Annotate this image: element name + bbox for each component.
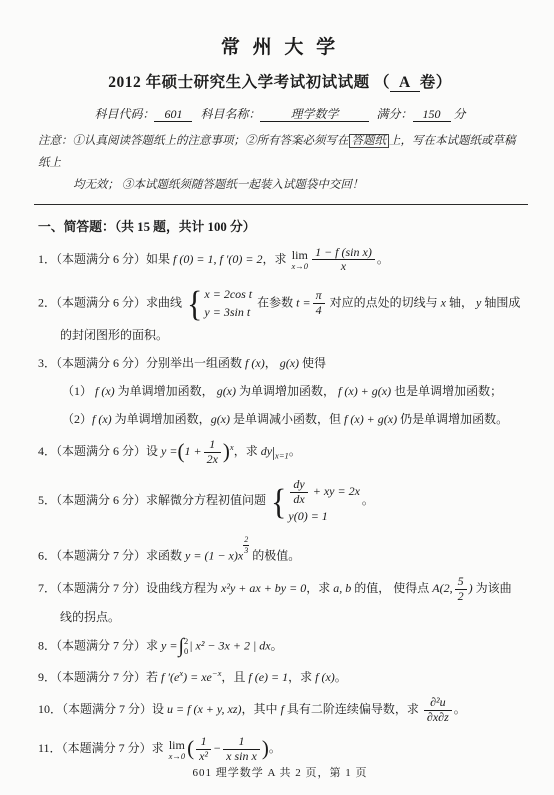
question-3-tail: 使得	[299, 356, 326, 370]
question-7-continuation: 线的拐点。	[60, 608, 522, 625]
gx: g(x)	[280, 356, 299, 370]
question-7-lead: （本题满分 7 分）设曲线方程为	[56, 581, 221, 595]
fraction-numerator: dy	[290, 478, 307, 493]
question-7: 7．（本题满分 7 分）设曲线方程为 x²y + ax + by = 0，求 a…	[38, 575, 522, 604]
subject-name-label: 科目名称：	[200, 107, 260, 121]
subject-code-label: 科目代码：	[94, 107, 154, 121]
evaluation-point: x=1	[275, 451, 289, 461]
fraction-denominator: dx	[290, 493, 307, 507]
question-2-mid4: 轴围成	[481, 295, 520, 309]
fraction-denominator: x sin x	[223, 750, 260, 764]
item-label: （2）	[62, 412, 92, 426]
question-1-lead: （本题满分 6 分）如果	[56, 252, 173, 266]
limit-subscript: x→0	[292, 262, 309, 271]
parametric-equations: {x = 2cos ty = 3sin t	[187, 285, 252, 322]
notice-label: 注意：	[38, 135, 73, 147]
question-11-number: 11．	[38, 741, 62, 755]
dy: dy	[261, 444, 272, 458]
question-8-number: 8．	[38, 638, 56, 652]
ode-row: dydx + xy = 2x	[288, 478, 360, 507]
question-5-lead: （本题满分 6 分）求解微分方程初值问题	[56, 493, 269, 507]
text: 为单调增加函数，	[115, 384, 217, 398]
curve-equation: x²y + ax + by = 0	[221, 581, 306, 595]
section-title: 一、简答题：（共 15 题，共计 100 分）	[38, 216, 522, 235]
fraction-numerator: π	[313, 289, 325, 304]
integrand: | x² − 3x + 2 | dx	[189, 638, 270, 652]
fraction-1: 1x²	[196, 735, 211, 764]
question-1-number: 1．	[38, 252, 56, 266]
question-2-mid2: 对应的点处的切线与	[327, 295, 441, 309]
question-4-number: 4．	[38, 444, 56, 458]
initial-condition: y(0) = 1	[288, 509, 360, 524]
question-2-lead: （本题满分 6 分）求曲线	[56, 295, 185, 309]
f-plus-g: f (x) + g(x)	[344, 412, 397, 426]
question-8-lead: （本题满分 7 分）求	[56, 638, 161, 652]
curly-brace: {	[271, 480, 286, 521]
text: 为单调增加函数，	[236, 384, 338, 398]
question-4-end: 。	[289, 444, 301, 458]
question-10-mid2: 具有二阶连续偏导数，求	[284, 702, 422, 716]
text: 也是单调增加函数；	[391, 384, 502, 398]
y-equals: y =	[161, 444, 177, 458]
subject-code-value: 601	[154, 107, 192, 122]
integral-lower: 0	[184, 646, 188, 657]
question-1-mid: ，求	[263, 252, 290, 266]
parameter-eq: t =	[296, 295, 310, 309]
question-1-given: f (0) = 1, f ′(0) = 2	[173, 252, 262, 266]
question-1: 1．（本题满分 6 分）如果 f (0) = 1, f ′(0) = 2，求 l…	[38, 246, 522, 275]
full-score-label: 满分：	[377, 107, 413, 121]
question-7-mid1: ，求	[306, 581, 333, 595]
fraction-numerator: 1 − f (sin x)	[312, 246, 375, 261]
subject-info-row: 科目代码：601科目名称：理学数学满分：150 分	[38, 105, 522, 122]
header-divider	[34, 204, 528, 205]
subject-name-value: 理学数学	[260, 107, 368, 122]
limit-word: lim	[292, 249, 309, 261]
question-6-tail: 的极值。	[249, 549, 300, 563]
fraction-denominator: 2x	[204, 453, 221, 467]
question-5-number: 5．	[38, 493, 56, 507]
fraction-numerator: ∂²u	[424, 696, 452, 711]
case-row-1: x = 2cos t	[204, 287, 252, 302]
question-11-lead: （本题满分 7 分）求	[62, 741, 167, 755]
question-10: 10．（本题满分 7 分）设 u = f (x + y, xz)，其中 f 具有…	[38, 696, 522, 725]
question-2-number: 2．	[38, 295, 56, 309]
answer-sheet-boxed-term: 答题纸	[349, 134, 390, 148]
fraction-denominator: 4	[313, 304, 325, 318]
curly-brace: {	[187, 283, 202, 324]
f-plus-g: f (x) + g(x)	[338, 384, 391, 398]
fraction-denominator: x²	[196, 750, 211, 764]
question-3-lead: （本题满分 6 分）分别举出一组函数	[56, 356, 245, 370]
question-4-mid: ，求	[234, 444, 261, 458]
equals-xe: ) = xe	[183, 670, 212, 684]
question-7-mid2: 的值， 使得点	[351, 581, 432, 595]
question-1-end: 。	[377, 252, 389, 266]
question-9-end: 。	[335, 670, 347, 684]
fx: f (x)	[95, 384, 115, 398]
exp-neg-x: −x	[212, 668, 222, 678]
fraction-denominator: ∂x∂z	[424, 711, 452, 725]
question-6-number: 6．	[38, 549, 56, 563]
comma: ，	[265, 356, 280, 370]
question-2-continuation: 的封闭图形的面积。	[60, 326, 522, 343]
question-11-end: 。	[269, 741, 281, 755]
question-4-lead: （本题满分 6 分）设	[56, 444, 161, 458]
partial-derivative-fraction: ∂²u∂x∂z	[424, 696, 452, 725]
text: 仍是单调增加函数。	[397, 412, 508, 426]
integral-limits: 20	[184, 636, 188, 657]
fraction: 52	[455, 575, 467, 604]
fx: f (x)	[245, 356, 265, 370]
question-7-tail: 为该曲	[473, 581, 512, 595]
ivp-system: {dydx + xy = 2xy(0) = 1	[271, 478, 360, 525]
full-score-value: 150	[413, 107, 451, 122]
derivative-fraction: dydx	[290, 478, 307, 507]
notice-block: 注意：①认真阅读答题纸上的注意事项；②所有答案必须写在答题纸上，写在本试题纸或草…	[38, 131, 522, 197]
fraction-denominator: 2	[455, 590, 467, 604]
question-3-item-2: （2）f (x) 为单调增加函数，g(x) 是单调减小函数，但 f (x) + …	[62, 410, 522, 427]
question-6-lead: （本题满分 7 分）求函数	[56, 549, 185, 563]
question-11: 11．（本题满分 7 分）求 limx→0(1x²−1x sin x)。	[38, 735, 522, 764]
limit-notation: limx→0	[292, 249, 309, 271]
exponent-numerator: 2	[243, 535, 249, 546]
question-10-mid1: ，其中	[242, 702, 281, 716]
question-2-mid1: 在参数	[254, 295, 296, 309]
question-8: 8．（本题满分 7 分）求 y =∫20| x² − 3x + 2 | dx。	[38, 636, 522, 657]
fraction: 1 − f (sin x)x	[312, 246, 375, 275]
one-plus: 1 +	[184, 444, 201, 458]
question-9: 9．（本题满分 7 分）若 f ′(ex) = xe−x，且 f (e) = 1…	[38, 668, 522, 685]
limit-subscript: x→0	[169, 752, 186, 761]
ab-vars: a, b	[333, 581, 351, 595]
question-3: 3．（本题满分 6 分）分别举出一组函数 f (x)， g(x) 使得	[38, 354, 522, 371]
question-2-mid3: 轴，	[446, 295, 476, 309]
right-paren: )	[223, 439, 230, 463]
text: 是单调减小函数，但	[230, 412, 344, 426]
fraction-numerator: 5	[455, 575, 467, 590]
gx: g(x)	[217, 384, 236, 398]
u-definition: u = f (x + y, xz)	[167, 702, 242, 716]
fraction-numerator: 1	[223, 735, 260, 750]
question-3-item-1: （1） f (x) 为单调增加函数， g(x) 为单调增加函数， f (x) +…	[62, 382, 522, 399]
integral-notation: ∫20	[178, 636, 188, 657]
notice-text-1a: ①认真阅读答题纸上的注意事项；②所有答案必须写在	[73, 135, 349, 147]
fraction-denominator: x	[312, 260, 375, 274]
fprime-open: f ′(e	[161, 670, 179, 684]
question-4: 4．（本题满分 6 分）设 y =(1 +12x)x，求 dy|x=1。	[38, 438, 522, 467]
question-5-end: 。	[362, 493, 374, 507]
question-9-mid2: ，求	[288, 670, 315, 684]
cases-column: x = 2cos ty = 3sin t	[204, 287, 252, 320]
fraction-2: 1x sin x	[223, 735, 260, 764]
point-open: A(2,	[432, 581, 452, 595]
question-9-lead: （本题满分 7 分）若	[56, 670, 161, 684]
right-paren: )	[262, 736, 269, 760]
fe-equals-1: f (e) = 1	[248, 670, 288, 684]
full-score-unit: 分	[454, 107, 466, 121]
question-8-end: 。	[271, 638, 283, 652]
fraction: π4	[313, 289, 325, 318]
question-10-number: 10．	[38, 702, 62, 716]
question-5: 5．（本题满分 6 分）求解微分方程初值问题 {dydx + xy = 2xy(…	[38, 478, 522, 525]
question-7-number: 7．	[38, 581, 56, 595]
exam-title-prefix: 2012 年硕士研究生入学考试初试试题 （	[108, 74, 390, 91]
text: 为单调增加函数，	[112, 412, 211, 426]
notice-line-1: 注意：①认真阅读答题纸上的注意事项；②所有答案必须写在答题纸上，写在本试题纸或草…	[38, 131, 522, 175]
question-6: 6．（本题满分 7 分）求函数 y = (1 − x)x23 的极值。	[38, 535, 522, 564]
question-3-number: 3．	[38, 356, 56, 370]
gx: g(x)	[211, 412, 230, 426]
left-paren: (	[187, 736, 194, 760]
case-row-2: y = 3sin t	[204, 305, 252, 320]
paper-version-letter: A	[390, 74, 420, 92]
question-9-mid1: ，且	[221, 670, 248, 684]
university-title: 常 州 大 学	[38, 32, 522, 59]
question-10-lead: （本题满分 7 分）设	[62, 702, 167, 716]
item-label: （1）	[62, 384, 95, 398]
cases-column: dydx + xy = 2xy(0) = 1	[288, 478, 360, 525]
fraction-numerator: 1	[204, 438, 221, 453]
ode-rest: + xy = 2x	[310, 484, 360, 498]
limit-word: lim	[169, 739, 186, 751]
minus-sign: −	[213, 741, 221, 755]
question-9-number: 9．	[38, 670, 56, 684]
integral-upper: 2	[184, 636, 188, 647]
exam-paper-page: 常 州 大 学 2012 年硕士研究生入学考试初试试题 （A卷） 科目代码：60…	[0, 0, 554, 795]
notice-line-2: 均无效； ③本试题纸须随答题纸一起装入试题袋中交回！	[73, 175, 522, 197]
fraction-numerator: 1	[196, 735, 211, 750]
exam-title: 2012 年硕士研究生入学考试初试试题 （A卷）	[38, 70, 522, 92]
question-2: 2．（本题满分 6 分）求曲线 {x = 2cos ty = 3sin t 在参…	[38, 285, 522, 322]
fx: f (x)	[315, 670, 335, 684]
function-expr: y = (1 − x)x	[185, 549, 243, 563]
y-equals: y =	[161, 638, 177, 652]
fraction: 12x	[204, 438, 221, 467]
page-footer: 601 理学数学 A 共 2 页，第 1 页	[38, 764, 522, 788]
limit-notation: limx→0	[169, 739, 186, 761]
question-10-end: 。	[454, 702, 466, 716]
fx: f (x)	[92, 412, 112, 426]
exam-title-suffix: 卷）	[420, 74, 452, 91]
